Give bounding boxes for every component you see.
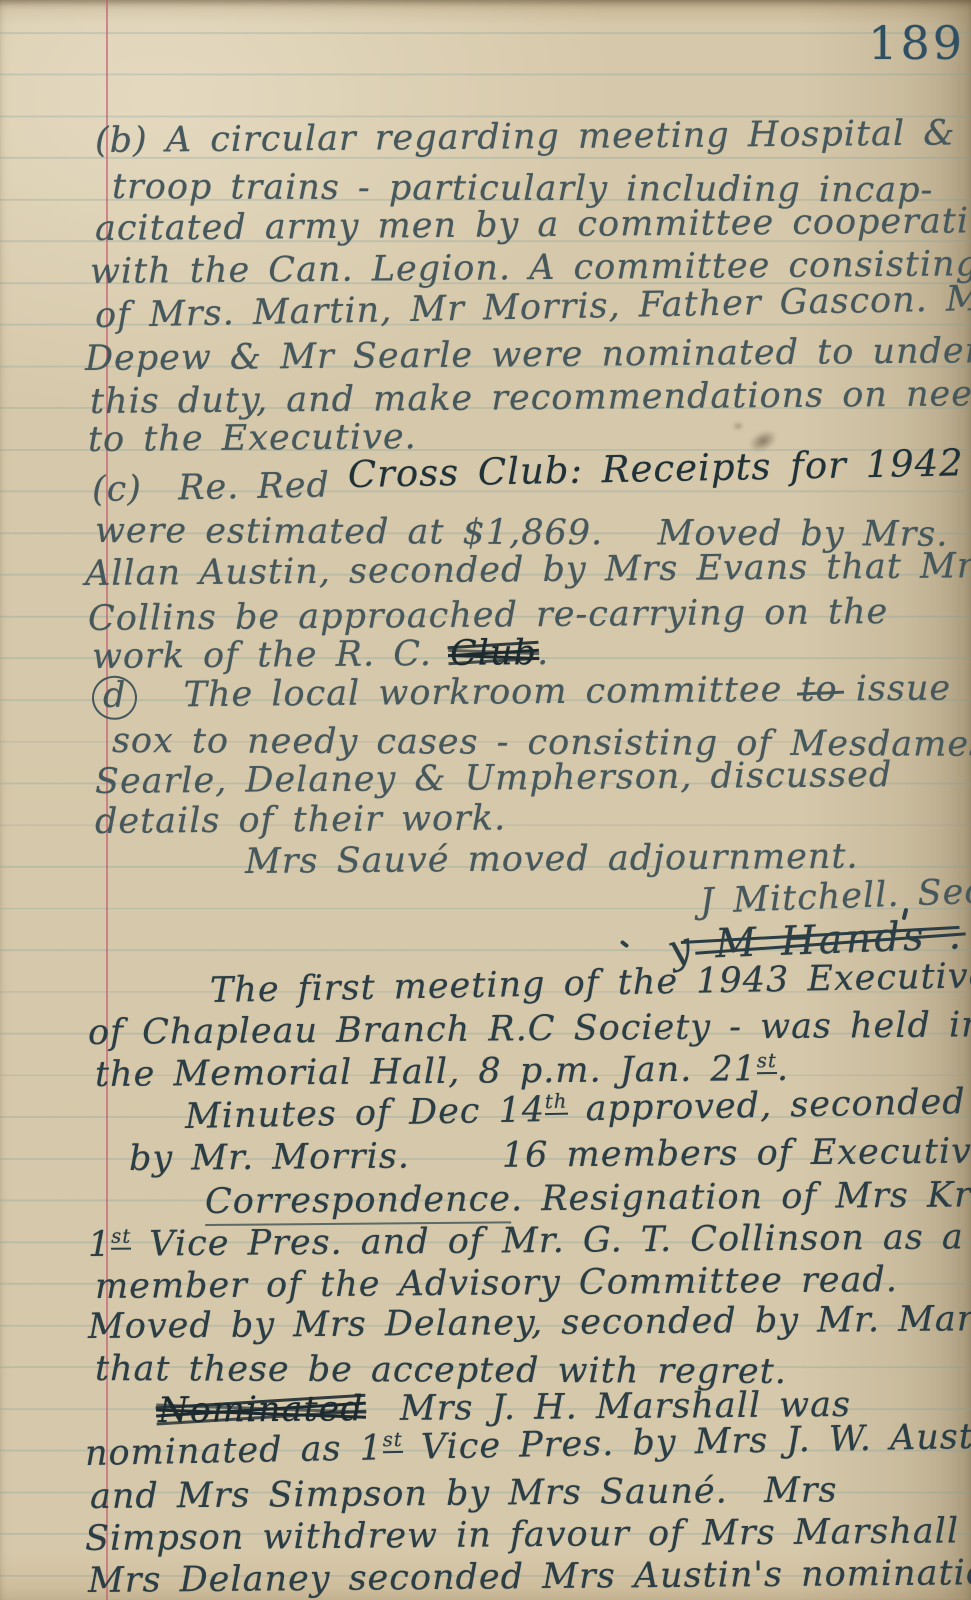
- superscript-ordinal: st: [382, 1428, 402, 1453]
- manuscript-line: work of the R. C. Club.: [92, 634, 549, 677]
- line-text: Allan Austin, seconded by Mrs Evans that…: [85, 546, 971, 594]
- manuscript-line: Simpson withdrew in favour of Mrs Marsha…: [85, 1512, 959, 1559]
- circled-item-marker: d: [92, 676, 138, 720]
- line-text: Searle, Delaney & Umpherson, discussed: [95, 755, 893, 802]
- struck-text: Club: [450, 633, 537, 674]
- line-text: Mrs Delaney seconded Mrs Austin's nomina…: [88, 1553, 971, 1600]
- line-text: by Mr. Morris.: [129, 1137, 410, 1179]
- line-text: approved, seconded: [567, 1082, 966, 1130]
- manuscript-line: 1st Vice Pres. and of Mr. G. T. Collinso…: [88, 1218, 964, 1265]
- manuscript-line: this duty, and make recommendations on n…: [90, 375, 971, 422]
- manuscript-line: by Mr. Morris.16 members of Executive pr…: [129, 1131, 971, 1179]
- line-text: and Mrs Simpson by Mrs Sauné. Mrs: [90, 1470, 838, 1517]
- manuscript-line: Moved by Mrs Delaney, seconded by Mr. Ma…: [88, 1300, 971, 1347]
- line-text: The local workroom committee: [147, 670, 800, 716]
- ink-blot: [730, 420, 746, 432]
- superscript-ordinal: th: [545, 1090, 568, 1115]
- inserted-text: Cross Club: Receipts for 1942: [347, 441, 964, 496]
- struck-text: to: [800, 669, 837, 709]
- line-text: .: [777, 1049, 789, 1089]
- line-text: (b) A circular regarding meeting Hospita…: [95, 113, 956, 161]
- scribbled-text: Nominated: [158, 1389, 364, 1431]
- line-text: acitated army men by a committee coopera…: [95, 201, 971, 249]
- manuscript-line-item-d: d The local workroom committee to issue: [92, 669, 952, 720]
- line-text: Mrs Sauvé moved adjournment.: [245, 837, 859, 882]
- line-text: nominated as 1: [85, 1428, 384, 1474]
- line-text: Depew & Mr Searle were nominated to unde…: [85, 330, 971, 379]
- line-text: Simpson withdrew in favour of Mrs Marsha…: [85, 1511, 959, 1559]
- manuscript-line: Searle, Delaney & Umpherson, discussed: [95, 756, 893, 802]
- line-text: of Chapleau Branch R.C Society - was hel…: [88, 1005, 971, 1053]
- line-text: .: [537, 633, 549, 673]
- manuscript-line: Allan Austin, seconded by Mrs Evans that…: [85, 547, 971, 594]
- manuscript-line: Mrs Delaney seconded Mrs Austin's nomina…: [88, 1554, 971, 1600]
- line-text: work of the R. C.: [92, 634, 450, 677]
- superscript-ordinal: st: [757, 1049, 777, 1074]
- line-text: The first meeting of the 1943 Executive: [210, 956, 971, 1011]
- manuscript-line: acitated army men by a committee coopera…: [95, 202, 971, 249]
- line-text: Collins be approached re-carrying on the: [88, 592, 889, 639]
- line-text: . Resignation of Mrs Kruger as: [511, 1174, 971, 1219]
- line-text: details of their work.: [95, 798, 506, 842]
- minutes-book-page: 189 (b) A circular regarding meeting Hos…: [0, 0, 971, 1600]
- adjournment-line: Mrs Sauvé moved adjournment.: [245, 838, 859, 883]
- underlined-heading: Correspondence: [205, 1179, 511, 1226]
- manuscript-line-red-cross-club: (c) Re. Red Cross Club: Receipts for 194…: [92, 451, 965, 510]
- line-text: Moved by Mrs Delaney, seconded by Mr. Ma…: [88, 1299, 971, 1347]
- line-text: Vice Pres. and of Mr. G. T. Collinson as…: [131, 1217, 964, 1264]
- line-text: this duty, and make recommendations on n…: [90, 374, 971, 422]
- manuscript-line: Depew & Mr Searle were nominated to unde…: [85, 331, 971, 379]
- line-text: (c) Re. Red: [92, 465, 349, 510]
- manuscript-line: details of their work.: [95, 799, 506, 842]
- line-text: 1: [88, 1225, 112, 1265]
- line-text: 16 members of Executive present.: [502, 1130, 971, 1176]
- manuscript-line: Collins be approached re-carrying on the: [88, 593, 889, 639]
- superscript-ordinal: st: [111, 1225, 131, 1250]
- manuscript-line: (b) A circular regarding meeting Hospita…: [95, 114, 956, 161]
- line-text: member of the Advisory Committee read.: [95, 1260, 898, 1307]
- line-text: Minutes of Dec 14: [185, 1090, 546, 1137]
- manuscript-line: The first meeting of the 1943 Executive: [210, 957, 971, 1011]
- manuscript-line: of Chapleau Branch R.C Society - was hel…: [88, 1006, 971, 1053]
- page-number: 189: [868, 16, 965, 70]
- ink-tick: [620, 940, 630, 949]
- manuscript-line: and Mrs Simpson by Mrs Sauné. Mrs: [90, 1471, 838, 1517]
- line-text: issue: [837, 669, 951, 710]
- correspondence-heading-line: Correspondence. Resignation of Mrs Kruge…: [205, 1175, 971, 1222]
